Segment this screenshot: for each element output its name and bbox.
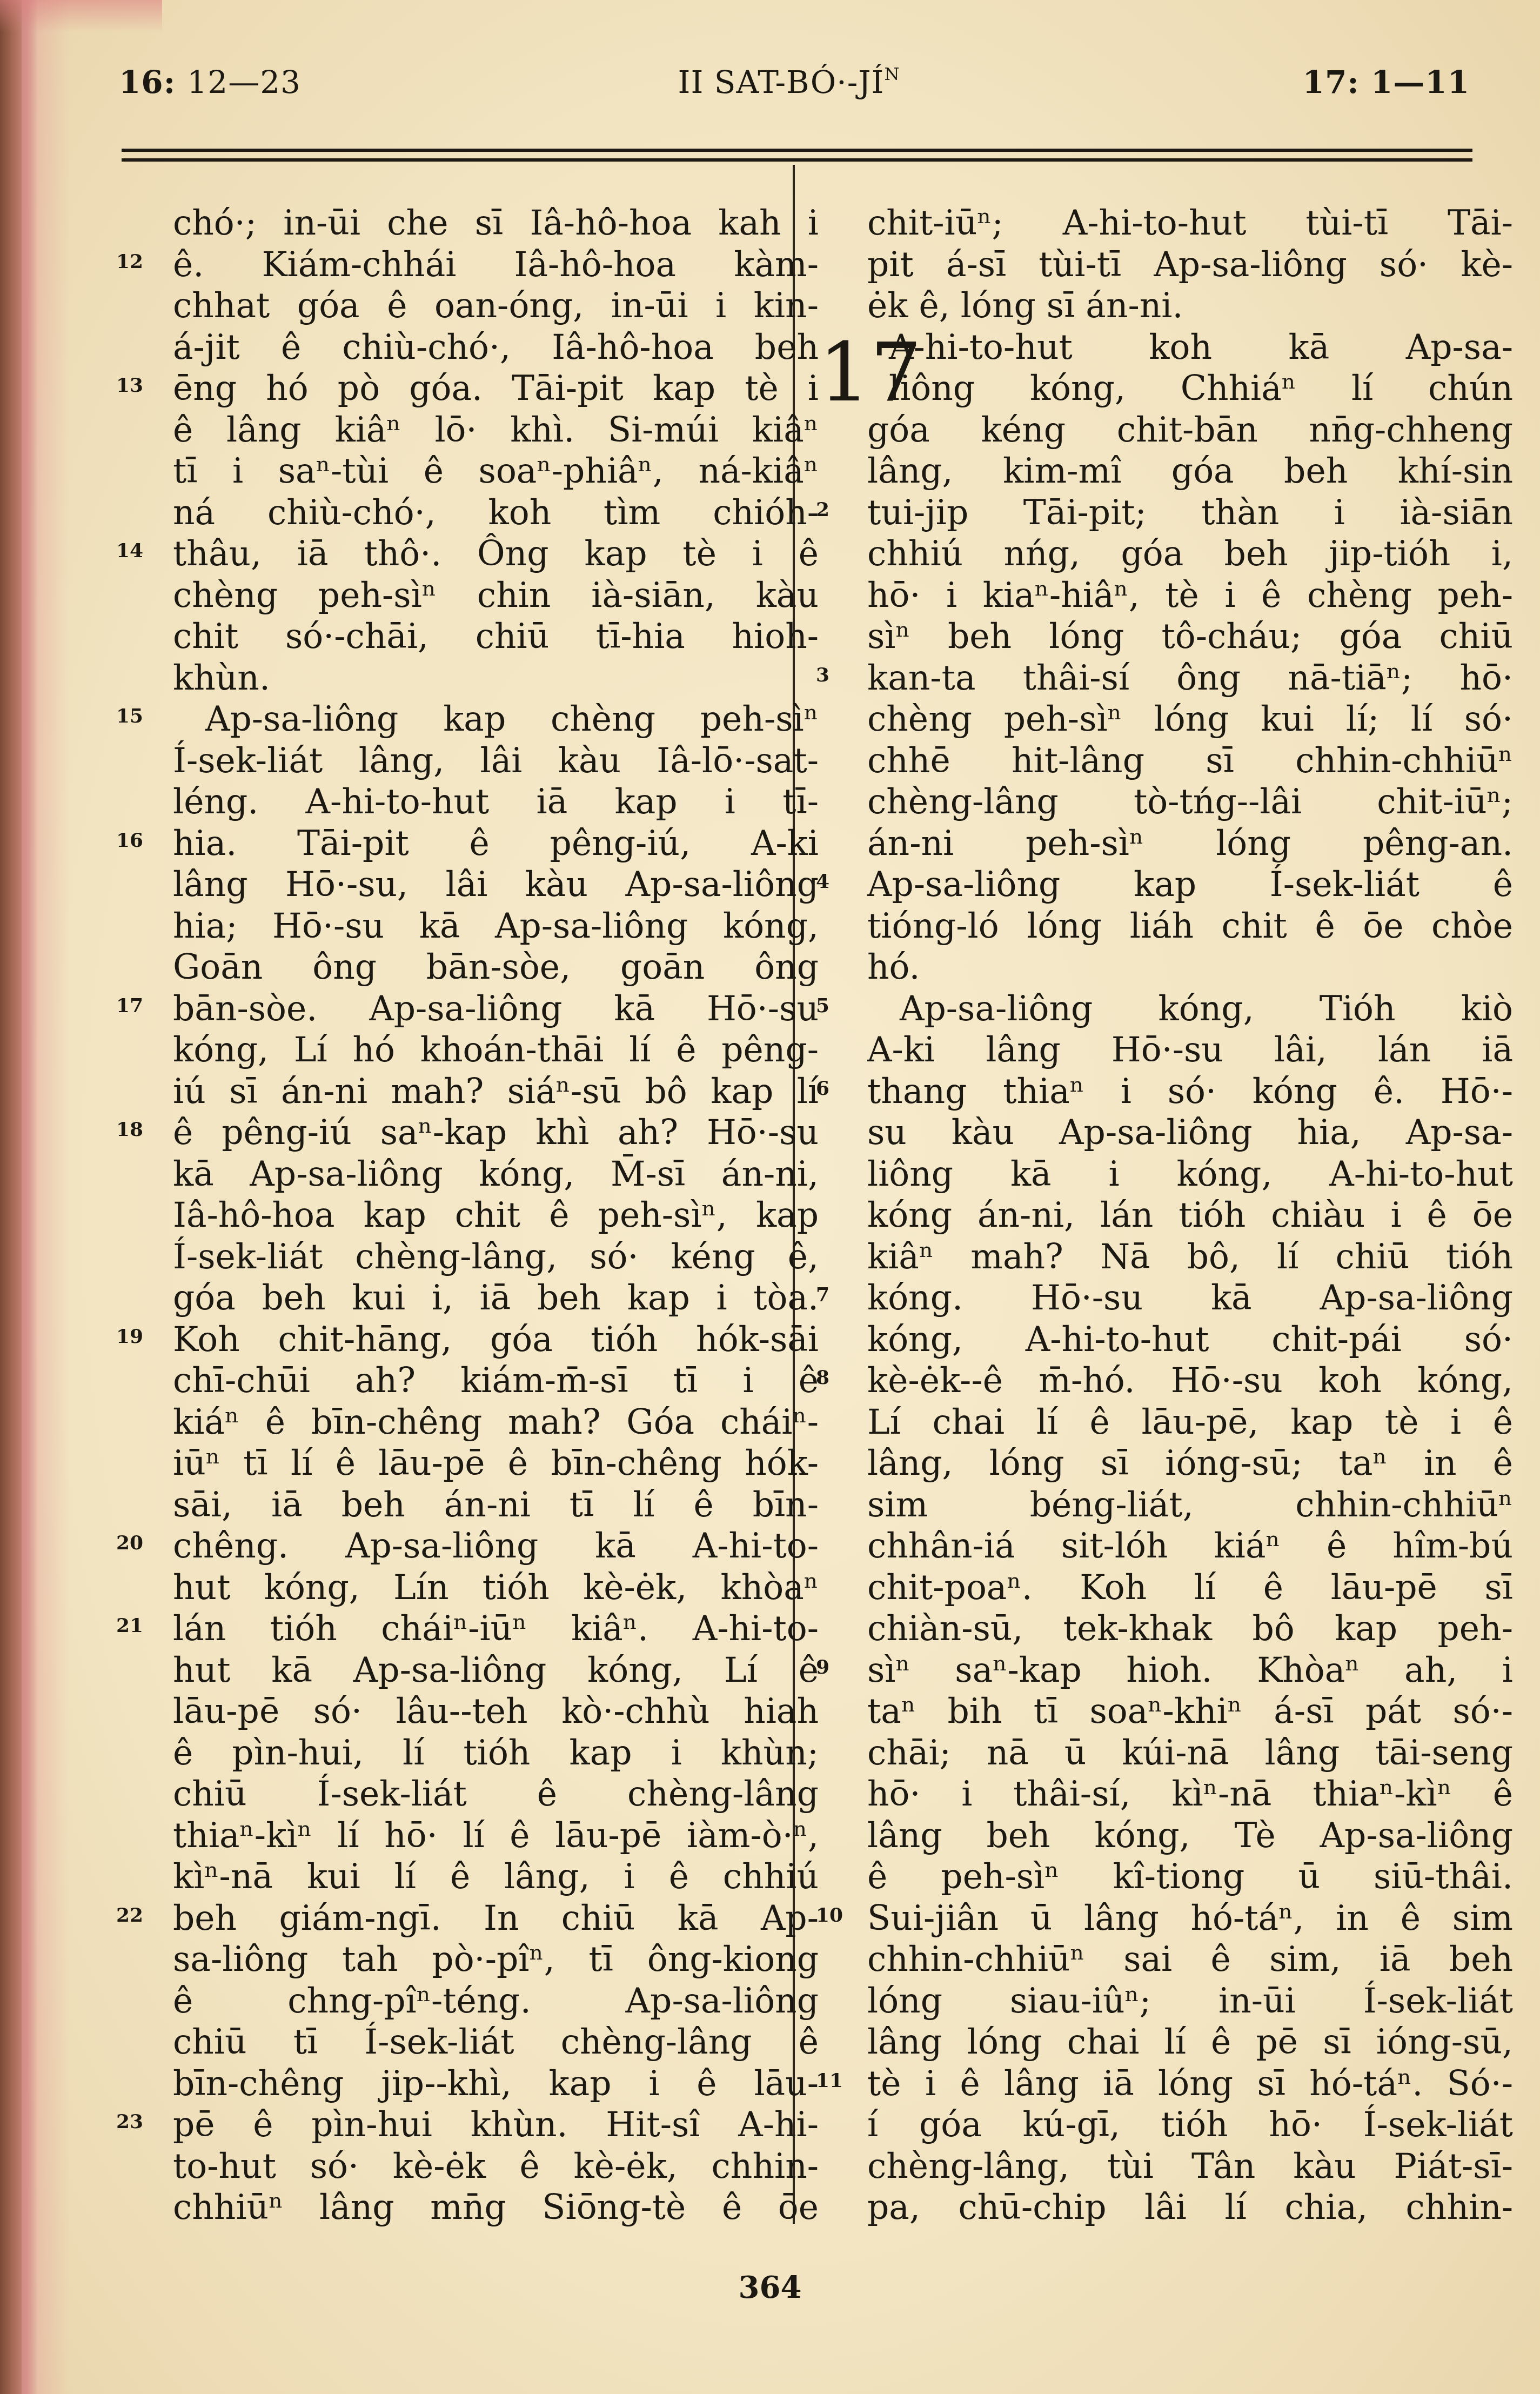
text-line: Iâ-hô-hoa kap chit ê peh-sìⁿ, kap: [173, 1195, 819, 1236]
text-line: chèng-lâng, tùi Tân kàu Piát-sī-: [867, 2146, 1513, 2188]
text-line: khùn.: [173, 658, 819, 699]
verse-number: 4: [816, 872, 829, 891]
text-line: tè i ê lâng iā lóng sī hó-táⁿ. Só·-: [867, 2063, 1513, 2105]
text-line: kóng án-ni, lán tióh chiàu i ê ōe: [867, 1195, 1513, 1236]
text-line: ēng hó pò góa. Tāi-pit kap tè i: [173, 368, 819, 410]
text-line: hia. Tāi-pit ê pêng-iú, A-ki: [173, 823, 819, 865]
text-line: Í-sek-liát chèng-lâng, só· kéng ê,: [173, 1236, 819, 1278]
text-line: chêng. Ap-sa-liông kā A-hi-to-: [173, 1526, 819, 1567]
corner-stain: [0, 0, 162, 32]
text-line: sìⁿ saⁿ-kap hioh. Khòaⁿ ah, i: [867, 1650, 1513, 1691]
text-line: án-ni peh-sìⁿ lóng pêng-an.: [867, 823, 1513, 865]
text-line: lâng beh kóng, Tè Ap-sa-liông: [867, 1815, 1513, 1857]
text-line: taⁿ bih tī soaⁿ-khiⁿ á-sī pát só·-: [867, 1691, 1513, 1733]
text-line: hō· i thâi-sí, kìⁿ-nā thiaⁿ-kìⁿ ê: [867, 1774, 1513, 1815]
text-line: kè-ėk--ê m̄-hó. Hō·-su koh kóng,: [867, 1360, 1513, 1402]
text-line: chhân-iá sit-lóh kiáⁿ ê hîm-bú: [867, 1526, 1513, 1567]
text-line: chāi; nā ū kúi-nā lâng tāi-seng: [867, 1733, 1513, 1774]
header-right-reference: 17: 1—11: [1303, 64, 1470, 101]
text-line: iūⁿ tī lí ê lāu-pē ê bīn-chêng hók-: [173, 1443, 819, 1484]
text-line: ê. Kiám-chhái Iâ-hô-hoa kàm-: [173, 244, 819, 286]
text-line: lāu-pē só· lâu--teh kò·-chhù hiah: [173, 1691, 819, 1733]
text-line: tui-jip Tāi-pit; thàn i ià-siān: [867, 492, 1513, 534]
text-line: chiū Í-sek-liát ê chèng-lâng: [173, 1774, 819, 1815]
text-line: chèng-lâng tò-tńg--lâi chit-iūⁿ;: [867, 781, 1513, 823]
text-line: ná chiù-chó·, koh tìm chióh-: [173, 492, 819, 534]
text-line: chiàn-sū, tek-khak bô kap peh-: [867, 1608, 1513, 1650]
text-line: Ap-sa-liông kap Í-sek-liát ê: [867, 864, 1513, 906]
text-line: chhin-chhiūⁿ sai ê sim, iā beh: [867, 1939, 1513, 1981]
text-line: sa-liông tah pò·-pîⁿ, tī ông-kiong: [173, 1939, 819, 1981]
text-line: lâng lóng chai lí ê pē sī ióng-sū,: [867, 2022, 1513, 2063]
header-right-chapter: 17:: [1303, 64, 1360, 101]
verse-number: 18: [116, 1120, 143, 1139]
text-line: Goān ông bān-sòe, goān ông: [173, 947, 819, 988]
text-line: hō· i kiaⁿ-hiâⁿ, tè i ê chèng peh-: [867, 575, 1513, 617]
text-line: léng. A-hi-to-hut iā kap i tī-: [173, 781, 819, 823]
verse-number: 13: [116, 376, 143, 395]
text-line: liông kā i kóng, A-hi-to-hut: [867, 1154, 1513, 1195]
text-line: ê lâng kiâⁿ lō· khì. Si-múi kiâⁿ: [173, 410, 819, 451]
page-number: 364: [0, 2270, 1540, 2305]
book-title-superscript: N: [885, 64, 900, 84]
text-line: chiū tī Í-sek-liát chèng-lâng ê: [173, 2022, 819, 2063]
text-line: lóng siau-iûⁿ; in-ūi Í-sek-liát: [867, 1981, 1513, 2022]
text-line: í góa kú-gī, tióh hō· Í-sek-liát: [867, 2104, 1513, 2146]
text-line: lâng, lóng sī ióng-sū; taⁿ in ê: [867, 1443, 1513, 1484]
text-line: chhiú nńg, góa beh jip-tióh i,: [867, 533, 1513, 575]
text-line: pa, chū-chip lâi lí chia, chhin-: [867, 2187, 1513, 2229]
text-line: chhē hit-lâng sī chhin-chhiūⁿ: [867, 740, 1513, 782]
text-line: lán tióh cháiⁿ-iūⁿ kiâⁿ. A-hi-to-: [173, 1608, 819, 1650]
text-line: chit só·-chāi, chiū tī-hia hioh-: [173, 616, 819, 658]
text-line: A-ki lâng Hō·-su lâi, lán iā: [867, 1029, 1513, 1071]
text-line: chit-poaⁿ. Koh lí ê lāu-pē sī: [867, 1567, 1513, 1609]
verse-number: 17: [116, 996, 143, 1015]
text-line: thâu, iā thô·. Ông kap tè i ê: [173, 533, 819, 575]
text-line: tióng-ló lóng liáh chit ê ōe chòe: [867, 906, 1513, 947]
text-line: Ap-sa-liông kóng, Tióh kiò: [867, 988, 1513, 1030]
verse-number: 8: [816, 1368, 829, 1387]
verse-number: 15: [116, 706, 143, 726]
text-line: kóng, A-hi-to-hut chit-pái só·: [867, 1319, 1513, 1361]
text-line: lâng Hō·-su, lâi kàu Ap-sa-liông: [173, 864, 819, 906]
text-line: kóng, Lí hó khoán-thāi lí ê pêng-: [173, 1029, 819, 1071]
text-line: góa beh kui i, iā beh kap i tòa.: [173, 1278, 819, 1319]
verse-number: 11: [816, 2071, 843, 2090]
verse-number: 22: [116, 1905, 143, 1925]
text-line: sim béng-liát, chhin-chhiūⁿ: [867, 1484, 1513, 1526]
text-line: á-jit ê chiù-chó·, Iâ-hô-hoa beh: [173, 327, 819, 369]
text-line: chhat góa ê oan-óng, in-ūi i kin-: [173, 285, 819, 327]
text-line: iú sī án-ni mah? siáⁿ-sū bô kap lí: [173, 1071, 819, 1113]
text-line: sìⁿ beh lóng tô-cháu; góa chiū: [867, 616, 1513, 658]
verse-number: 16: [116, 831, 143, 850]
text-line: to-hut só· kè-ėk ê kè-ėk, chhin-: [173, 2146, 819, 2188]
verse-number: 5: [816, 996, 829, 1015]
text-line: kan-ta thâi-sí ông nā-tiāⁿ; hō·: [867, 658, 1513, 699]
text-line: kìⁿ-nā kui lí ê lâng, i ê chhiú: [173, 1856, 819, 1898]
text-line: ê chng-pîⁿ-téng. Ap-sa-liông: [173, 1981, 819, 2022]
book-title-text: II SAT-BÓ·-JÍ: [678, 64, 885, 101]
text-line: beh giám-ngī. In chiū kā Ap-: [173, 1898, 819, 1940]
running-header: 16: 12—23 II SAT-BÓ·-JÍN 17: 1—11: [108, 64, 1470, 112]
text-line: hut kā Ap-sa-liông kóng, Lí ê: [173, 1650, 819, 1691]
header-right-range: 1—11: [1371, 64, 1470, 101]
text-line: thang thiaⁿ i só· kóng ê. Hō·-: [867, 1071, 1513, 1113]
text-line: Koh chit-hāng, góa tióh hók-sāi: [173, 1319, 819, 1361]
book-title: II SAT-BÓ·-JÍN: [108, 64, 1470, 101]
text-line: ê pìn-hui, lí tióh kap i khùn;: [173, 1733, 819, 1774]
text-line: chó·; in-ūi che sī Iâ-hô-hoa kah i: [173, 203, 819, 244]
header-rule-bottom: [122, 158, 1472, 162]
text-line: lâng, kim-mî góa beh khí-sin: [867, 451, 1513, 492]
text-line: hó.: [867, 947, 1513, 988]
text-line: kiâⁿ mah? Nā bô, lí chiū tióh: [867, 1236, 1513, 1278]
verse-number: 20: [116, 1533, 143, 1553]
text-line: kóng. Hō·-su kā Ap-sa-liông: [867, 1278, 1513, 1319]
verse-number: 6: [816, 1079, 829, 1098]
verse-number: 3: [816, 665, 829, 685]
verse-number: 7: [816, 1285, 829, 1305]
text-line: chèng peh-sìⁿ lóng kui lí; lí só·: [867, 699, 1513, 740]
text-line: tī i saⁿ-tùi ê soaⁿ-phiâⁿ, ná-kiâⁿ: [173, 451, 819, 492]
book-page: 16: 12—23 II SAT-BÓ·-JÍN 17: 1—11 chó·; …: [0, 0, 1540, 2394]
verse-number: 21: [116, 1616, 143, 1635]
text-line: A-hi-to-hut koh kā Ap-sa-: [867, 327, 1513, 369]
text-line: hia; Hō·-su kā Ap-sa-liông kóng,: [173, 906, 819, 947]
verse-number: 23: [116, 2112, 143, 2131]
text-line: góa kéng chit-bān nn̄g-chheng: [867, 410, 1513, 451]
text-line: pit á-sī tùi-tī Ap-sa-liông só· kè-: [867, 244, 1513, 286]
verse-number: 2: [816, 500, 829, 519]
text-line: kiáⁿ ê bīn-chêng mah? Góa cháiⁿ-: [173, 1402, 819, 1443]
text-line: sāi, iā beh án-ni tī lí ê bīn-: [173, 1484, 819, 1526]
text-line: Ap-sa-liông kap chèng peh-sìⁿ: [173, 699, 819, 740]
verse-number: 9: [816, 1657, 829, 1677]
text-line: Í-sek-liát lâng, lâi kàu Iâ-lō·-sat-: [173, 740, 819, 782]
header-rule-top: [122, 149, 1472, 152]
text-line: chī-chūi ah? kiám-m̄-sī tī i ê: [173, 1360, 819, 1402]
text-line: bān-sòe. Ap-sa-liông kā Hō·-su: [173, 988, 819, 1030]
verse-number: 19: [116, 1327, 143, 1346]
text-line: ê peh-sìⁿ kî-tiong ū siū-thâi.: [867, 1856, 1513, 1898]
text-line: chit-iūⁿ; A-hi-to-hut tùi-tī Tāi-: [867, 203, 1513, 244]
text-line: liông kóng, Chhiáⁿ lí chún: [867, 368, 1513, 410]
text-line: pē ê pìn-hui khùn. Hit-sî A-hi-: [173, 2104, 819, 2146]
text-line: ėk ê, lóng sī án-ni.: [867, 285, 1513, 327]
text-line: Sui-jiân ū lâng hó-táⁿ, in ê sim: [867, 1898, 1513, 1940]
text-line: su kàu Ap-sa-liông hia, Ap-sa-: [867, 1112, 1513, 1154]
verse-number: 12: [116, 252, 143, 271]
binding-stain: [22, 0, 70, 2394]
text-line: chhiūⁿ lâng mn̄g Siōng-tè ê ōe: [173, 2187, 819, 2229]
verse-number: 14: [116, 541, 143, 560]
text-line: bīn-chêng jip--khì, kap i ê lāu-: [173, 2063, 819, 2105]
text-line: thiaⁿ-kìⁿ lí hō· lí ê lāu-pē iàm-ò·ⁿ,: [173, 1815, 819, 1857]
text-line: ê pêng-iú saⁿ-kap khì ah? Hō·-su: [173, 1112, 819, 1154]
verse-number: 10: [816, 1905, 843, 1925]
text-line: Lí chai lí ê lāu-pē, kap tè i ê: [867, 1402, 1513, 1443]
right-text-column: chit-iūⁿ; A-hi-to-hut tùi-tī Tāi-pit á-s…: [867, 203, 1513, 2229]
left-text-column: chó·; in-ūi che sī Iâ-hô-hoa kah iê. Kiá…: [173, 203, 819, 2229]
text-line: chèng peh-sìⁿ chin ià-siān, kàu: [173, 575, 819, 617]
text-line: kā Ap-sa-liông kóng, M̄-sī án-ni,: [173, 1154, 819, 1195]
text-line: hut kóng, Lín tióh kè-ėk, khòaⁿ: [173, 1567, 819, 1609]
